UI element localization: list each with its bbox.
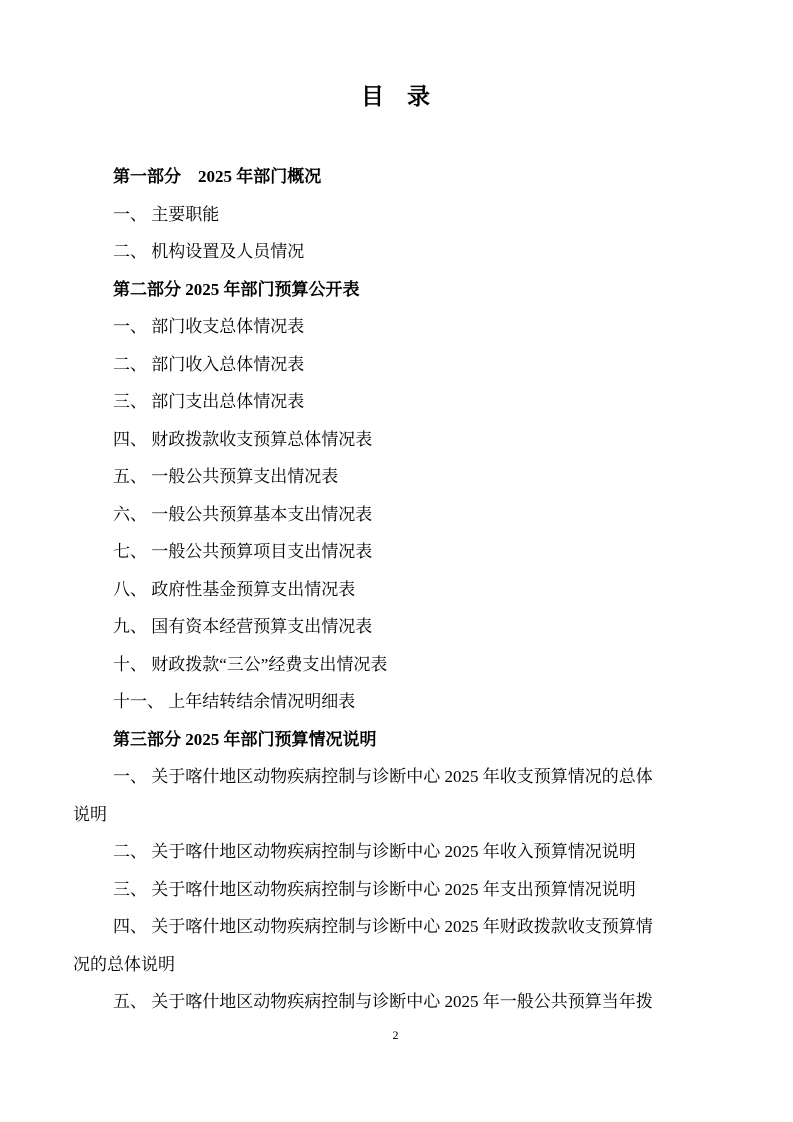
toc-entry: 二、 机构设置及人员情况 [73,233,718,271]
page-title: 目 录 [73,81,718,113]
toc-section-heading: 第一部分 2025 年部门概况 [73,158,718,196]
toc-entry: 二、 关于喀什地区动物疾病控制与诊断中心 2025 年收入预算情况说明 [73,833,718,871]
toc-entry: 五、 关于喀什地区动物疾病控制与诊断中心 2025 年一般公共预算当年拨 [73,983,718,1021]
toc-entry: 况的总体说明 [73,946,718,984]
page-number: 2 [73,1028,718,1042]
document-page: 目 录 第一部分 2025 年部门概况一、 主要职能二、 机构设置及人员情况第二… [0,0,793,1122]
toc-section-heading: 第三部分 2025 年部门预算情况说明 [73,721,718,759]
toc-list: 第一部分 2025 年部门概况一、 主要职能二、 机构设置及人员情况第二部分 2… [73,158,718,1021]
toc-entry: 二、 部门收入总体情况表 [73,346,718,384]
toc-entry: 八、 政府性基金预算支出情况表 [73,571,718,609]
toc-entry: 三、 关于喀什地区动物疾病控制与诊断中心 2025 年支出预算情况说明 [73,871,718,909]
toc-entry: 九、 国有资本经营预算支出情况表 [73,608,718,646]
toc-entry: 一、 关于喀什地区动物疾病控制与诊断中心 2025 年收支预算情况的总体 [73,758,718,796]
toc-entry: 一、 部门收支总体情况表 [73,308,718,346]
toc-section-heading: 第二部分 2025 年部门预算公开表 [73,271,718,309]
toc-entry: 四、 财政拨款收支预算总体情况表 [73,421,718,459]
toc-entry: 三、 部门支出总体情况表 [73,383,718,421]
toc-entry: 十、 财政拨款“三公”经费支出情况表 [73,646,718,684]
toc-entry: 五、 一般公共预算支出情况表 [73,458,718,496]
toc-entry: 说明 [73,796,718,834]
toc-entry: 十一、 上年结转结余情况明细表 [73,683,718,721]
toc-entry: 六、 一般公共预算基本支出情况表 [73,496,718,534]
toc-entry: 四、 关于喀什地区动物疾病控制与诊断中心 2025 年财政拨款收支预算情 [73,908,718,946]
toc-entry: 一、 主要职能 [73,196,718,234]
toc-entry: 七、 一般公共预算项目支出情况表 [73,533,718,571]
